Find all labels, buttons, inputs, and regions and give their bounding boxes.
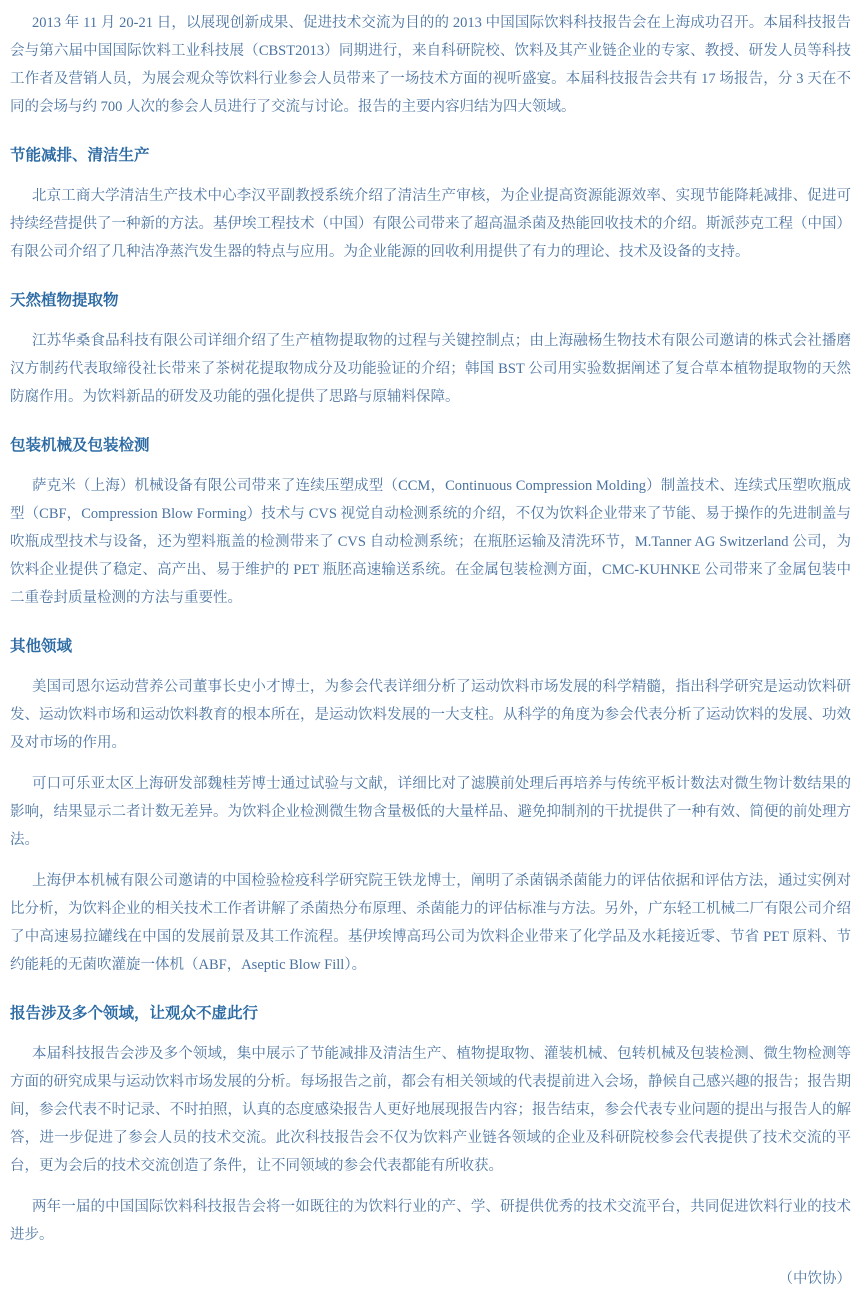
page: { "page": { "background_color": "#ffffff… xyxy=(0,0,861,1303)
paragraph-sterilization-evaluation: 上海伊本机械有限公司邀请的中国检验检疫科学研究院王铁龙博士，阐明了杀菌锅杀菌能力… xyxy=(10,867,851,979)
heading-multi-field-summary: 报告涉及多个领域，让观众不虚此行 xyxy=(10,1003,851,1025)
paragraph-summary-exchange: 本届科技报告会涉及多个领域，集中展示了节能减排及清洁生产、植物提取物、灌装机械、… xyxy=(10,1040,851,1180)
heading-natural-plant-extracts: 天然植物提取物 xyxy=(10,290,851,312)
paragraph-energy-saving: 北京工商大学清洁生产技术中心李汉平副教授系统介绍了清洁生产审核，为企业提高资源能… xyxy=(10,182,851,266)
paragraph-packaging-machinery: 萨克米（上海）机械设备有限公司带来了连续压塑成型（CCM，Continuous … xyxy=(10,472,851,612)
article: 2013 年 11 月 20-21 日，以展现创新成果、促进技术交流为目的的 2… xyxy=(0,0,861,1303)
paragraph-plant-extracts: 江苏华桑食品科技有限公司详细介绍了生产植物提取物的过程与关键控制点；由上海融杨生… xyxy=(10,327,851,411)
paragraph-microbe-counting: 可口可乐亚太区上海研发部魏桂芳博士通过试验与文献，详细比对了滤膜前处理后再培养与… xyxy=(10,770,851,854)
heading-energy-saving-clean-production: 节能减排、清洁生产 xyxy=(10,145,851,167)
paragraph-summary-outlook: 两年一届的中国国际饮料科技报告会将一如既往的为饮料行业的产、学、研提供优秀的技术… xyxy=(10,1193,851,1249)
heading-packaging-machinery-inspection: 包装机械及包装检测 xyxy=(10,435,851,457)
signature: （中饮协） xyxy=(10,1265,851,1293)
paragraph-sports-drink-science: 美国司恩尔运动营养公司董事长史小才博士，为参会代表详细分析了运动饮料市场发展的科… xyxy=(10,673,851,757)
intro-paragraph: 2013 年 11 月 20-21 日，以展现创新成果、促进技术交流为目的的 2… xyxy=(10,9,851,121)
heading-other-fields: 其他领域 xyxy=(10,636,851,658)
